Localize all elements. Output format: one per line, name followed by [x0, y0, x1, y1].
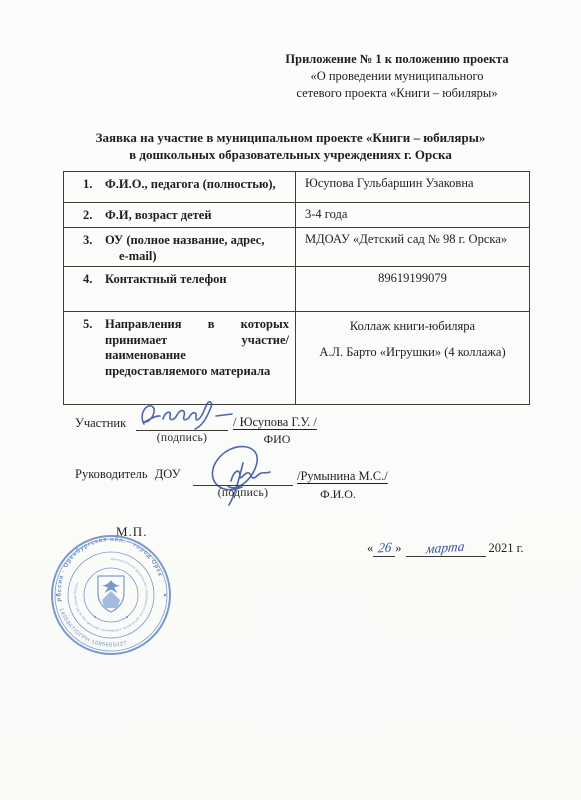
stamp-coat-of-arms	[98, 576, 124, 612]
cell-value-directions: Коллаж книги-юбиляра А.Л. Барто «Игрушки…	[296, 312, 530, 405]
row-label: Ф.И.О., педагога (полностью),	[105, 177, 276, 191]
head-signature-line	[193, 485, 293, 486]
participant-name: / Юсупова Г.У. /	[233, 415, 317, 430]
appendix-header: Приложение № 1 к положению проекта «О пр…	[251, 51, 543, 102]
cell-label-fio-pedagog: 1. Ф.И.О., педагога (полностью),	[64, 172, 296, 203]
cell-label-children-age: 2. Ф.И, возраст детей	[64, 203, 296, 228]
row-number: 1.	[83, 177, 105, 193]
handwritten-day: 26	[377, 539, 392, 556]
cell-label-directions: 5. Направления в которых принимает участ…	[64, 312, 296, 405]
row-number: 2.	[83, 208, 105, 224]
cell-value-line: Коллаж книги-юбиляра	[300, 319, 525, 335]
cell-value-fio-pedagog: Юсупова Гульбаршин Узаковна	[296, 172, 530, 203]
stamp-dot-right	[164, 594, 167, 597]
cell-label-ou: 3. ОУ (полное название, адрес, e-mail)	[64, 228, 296, 267]
handwritten-month: марта	[425, 539, 465, 558]
stamp-dot-left	[56, 594, 59, 597]
page-title: Заявка на участие в муниципальном проект…	[0, 130, 581, 163]
row-number: 4.	[83, 272, 105, 288]
round-seal-stamp: Россия · Оренбургская обл. · город Орск …	[41, 529, 181, 667]
row-number: 5.	[83, 317, 105, 379]
cell-value-children-age: 3-4 года	[296, 203, 530, 228]
application-table: 1. Ф.И.О., педагога (полностью), Юсупова…	[63, 171, 530, 405]
row-label-line: предоставляемого материала	[105, 364, 289, 380]
table-row: 5. Направления в которых принимает участ…	[64, 312, 530, 405]
row-number: 3.	[83, 233, 105, 264]
appendix-line-1: Приложение № 1 к положению проекта	[251, 51, 543, 68]
head-label: Руководитель ДОУ	[75, 467, 180, 482]
row-label-line: Направления в которых	[105, 317, 289, 333]
appendix-line-3: сетевого проекта «Книги – юбиляры»	[251, 85, 543, 102]
participant-signature-line	[136, 430, 228, 431]
table-row: 4. Контактный телефон 89619199079	[64, 267, 530, 312]
row-label: Ф.И, возраст детей	[105, 208, 212, 222]
cell-value-ou: МДОАУ «Детский сад № 98 г. Орска»	[296, 228, 530, 267]
participant-signature-ink	[136, 399, 238, 433]
head-name-caption: Ф.И.О.	[297, 487, 379, 502]
table-row: 3. ОУ (полное название, адрес, e-mail) М…	[64, 228, 530, 267]
year-text: 2021 г.	[489, 541, 524, 555]
appendix-line-2: «О проведении муниципального	[251, 68, 543, 85]
row-label: Контактный телефон	[105, 272, 227, 286]
cell-label-phone: 4. Контактный телефон	[64, 267, 296, 312]
scanned-application-form: Приложение № 1 к положению проекта «О пр…	[0, 0, 581, 800]
row-label-line: принимает участие/наименование	[105, 333, 289, 364]
cell-value-text: 3-4 года	[296, 203, 529, 225]
row-label-line: ОУ (полное название, адрес,	[105, 233, 289, 249]
head-name: /Румынина М.С./	[297, 469, 388, 484]
table-row: 2. Ф.И, возраст детей 3-4 года	[64, 203, 530, 228]
cell-value-text: 89619199079	[296, 267, 529, 289]
cell-value-text: Юсупова Гульбаршин Узаковна	[296, 172, 529, 194]
close-quote: »	[395, 541, 401, 555]
cell-value-phone: 89619199079	[296, 267, 530, 312]
table-row: 1. Ф.И.О., педагога (полностью), Юсупова…	[64, 172, 530, 203]
cell-value-line: А.Л. Барто «Игрушки» (4 коллажа)	[300, 345, 525, 361]
row-label-line: e-mail)	[105, 249, 289, 265]
head-signature-caption: (подпись)	[191, 487, 295, 499]
participant-label: Участник	[75, 416, 126, 431]
cell-value-text: МДОАУ «Детский сад № 98 г. Орска»	[296, 228, 529, 250]
title-line-2: в дошкольных образовательных учреждениях…	[0, 147, 581, 164]
title-line-1: Заявка на участие в муниципальном проект…	[0, 130, 581, 147]
date-line: «26»марта2021 г.	[367, 540, 523, 557]
